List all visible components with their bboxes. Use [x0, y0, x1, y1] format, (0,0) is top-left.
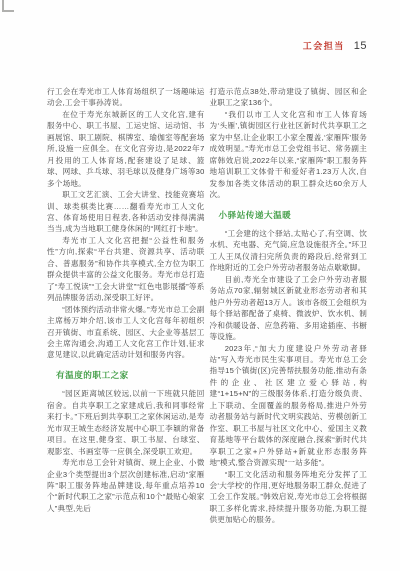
paragraph: 2023年,“加大力度建设户外劳动者驿站”写入寿光市民生实事项目。寿光市总工会指…	[210, 343, 368, 469]
paragraph: “工会建的这个驿站,太贴心了,有空调、饮水机、充电器、充气筒,应急设施很齐全。”…	[210, 228, 368, 274]
article-body: 行工会在寿光市工人体育场组织了一场趣味运动会,工会干事孙涛说。 在位于寿光东城新…	[47, 86, 367, 526]
right-column: 打造示范点38处,带动建设了镇街、园区和企业职工之家136个。 “我们以市工人文…	[210, 86, 368, 526]
paragraph: “职工文化活动和服务阵地充分发挥了工会‘大学校’的作用,更好地服务职工群众,促进…	[210, 469, 368, 526]
paragraph: “团体预约活动非常火爆。”寿光市总工会副主席杨万坤介绍,该市工人文化宫每年初组织…	[47, 304, 205, 361]
paragraph: 行工会在寿光市工人体育场组织了一场趣味运动会,工会干事孙涛说。	[47, 86, 205, 109]
paragraph: “我们以市工人文化宫和市工人体育场为‘头雁’,镇街园区行业社区新时代共享职工之家…	[210, 109, 368, 201]
paragraph: 打造示范点38处,带动建设了镇街、园区和企业职工之家136个。	[210, 86, 368, 109]
paragraph: 寿光市工人文化宫把握“公益性和服务性”方向,探索“平台共建、资源共享、活动联合、…	[47, 235, 205, 304]
paragraph: “园区距离城区较远,以前一下班就只能回宿舍。自共享职工之家建成后,我和同事经常来…	[47, 388, 205, 457]
paragraph: 目前,寿光全市建设了工会户外劳动者服务站点70家,辐射城区新就业形态劳动者和其他…	[210, 274, 368, 343]
paragraph: 职工文艺汇演、工会大讲堂、技能竞赛培训、球类棋类比赛……翻看寿光市工人文化宫、体…	[47, 189, 205, 235]
left-column: 行工会在寿光市工人体育场组织了一场趣味运动会,工会干事孙涛说。 在位于寿光东城新…	[47, 86, 205, 526]
magazine-page: 工会担当 15 行工会在寿光市工人体育场组织了一场趣味运动会,工会干事孙涛说。 …	[0, 0, 400, 571]
section-heading: 有温度的职工之家	[47, 370, 205, 381]
paragraph: 寿光市总工会针对镇街、规上企业、小微企业3个类型提出3个层次创建标准,启动“家雁…	[47, 457, 205, 514]
section-label: 工会担当	[303, 39, 345, 52]
paragraph: 在位于寿光东城新区的工人文化宫,建有服务中心、职工书屋、工运史馆、运动馆、书画展…	[47, 109, 205, 189]
page-number: 15	[354, 40, 367, 52]
page-corner-mark	[2, 0, 14, 12]
section-heading: 小驿站传递大温暖	[210, 210, 368, 221]
page-header: 工会担当 15	[303, 39, 367, 52]
